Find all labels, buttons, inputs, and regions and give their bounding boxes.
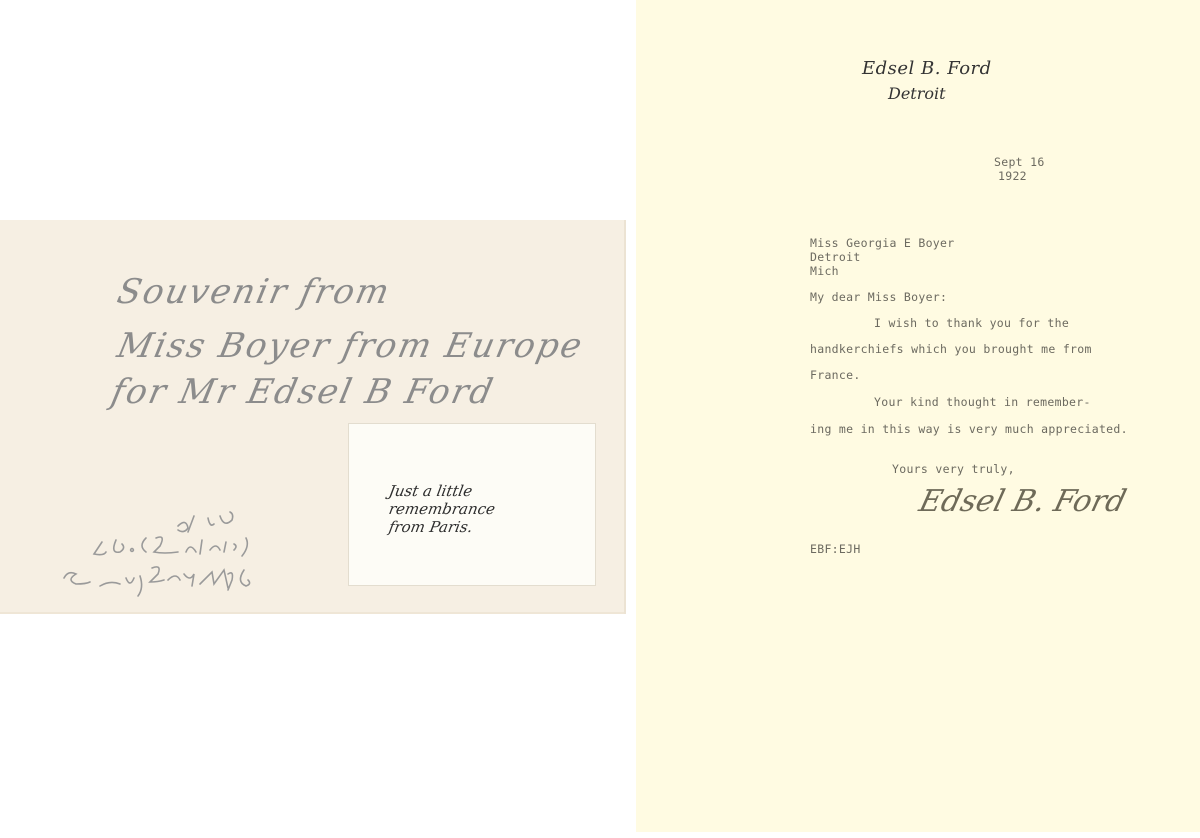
pencil-note-line: Miss Boyer from Europe [114,326,587,366]
body-line: I wish to thank you for the [874,316,1069,330]
recipient-state: Mich [810,264,839,278]
salutation: My dear Miss Boyer: [810,290,947,304]
enclosure-card: Just a little remembrance from Paris. [348,423,596,586]
letter-page: Edsel B. Ford Detroit Sept 16 1922 Miss … [636,0,1200,832]
souvenir-card: Souvenir from Miss Boyer from Europe for… [0,220,626,614]
recipient-name: Miss Georgia E Boyer [810,236,954,250]
pencil-note-line: Souvenir from [114,272,395,312]
shorthand-notes [60,508,310,608]
letter-date: Sept 16 [994,155,1045,169]
body-line: handkerchiefs which you brought me from [810,342,1092,356]
enclosure-note-line: Just a little [387,482,473,500]
reference-initials: EBF:EJH [810,542,861,556]
signature: Edsel B. Ford [916,484,1130,519]
letterhead-city: Detroit [888,84,946,103]
letterhead-name: Edsel B. Ford [862,58,992,79]
pencil-note-line: for Mr Edsel B Ford [108,372,498,412]
recipient-city: Detroit [810,250,861,264]
letter-year: 1922 [998,169,1027,183]
body-line: France. [810,368,861,382]
closing: Yours very truly, [892,462,1015,476]
enclosure-note-line: remembrance [387,500,496,518]
body-line: Your kind thought in remember- [874,395,1091,409]
body-line: ing me in this way is very much apprecia… [810,422,1128,436]
enclosure-note-line: from Paris. [387,518,474,536]
